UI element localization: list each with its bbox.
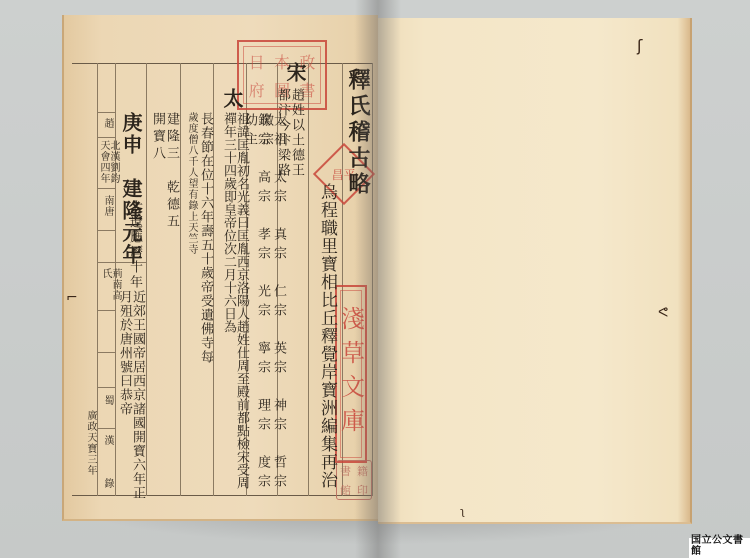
cell-rule: [97, 310, 115, 311]
heading-taizu: 太: [222, 88, 242, 110]
margin-note: 漢: [102, 435, 112, 446]
margin-note: 荊南高氏: [100, 268, 120, 308]
cell-rule: [97, 137, 115, 138]
binding-mark-icon: ʅ: [460, 505, 465, 518]
column-rule: [308, 63, 309, 496]
scan-viewer: 日 本 政 府 圖 書 昌平 淺草文庫 書 籍 館 印 釋氏稽古略 烏程職里寶相…: [0, 0, 750, 558]
seal-char: 館: [340, 482, 351, 498]
text-column: 開寶八: [151, 112, 164, 163]
seal-char: 日: [249, 50, 265, 73]
logo-ja: 国立公文書館: [691, 535, 748, 557]
spine-gutter: [355, 0, 401, 558]
seal-char: 書: [340, 463, 351, 479]
margin-note: 南唐: [102, 195, 112, 217]
cell-rule: [97, 230, 115, 231]
text-column: 祖諱匡胤初名光義曰匡胤西京洛陽人趙姓仕周至殿前都點檢宋受周禪年三十四歲即皇帝位次…: [222, 112, 248, 497]
text-column: 建隆三 乾德五: [165, 112, 178, 231]
cell-rule: [97, 387, 115, 388]
cell-rule: [97, 112, 115, 113]
margin-note: 趙: [102, 118, 112, 129]
margin-note: 蜀: [102, 395, 112, 406]
cell-rule: [97, 428, 115, 429]
margin-note: 北漢劉鈞天會四年: [98, 140, 118, 190]
column-rule: [97, 63, 98, 496]
text-column: 歲度僧八千人望有錄上天竺寺: [186, 112, 196, 392]
binding-mark-icon: ᕙ: [658, 305, 668, 321]
text-column: 大遼應曆十年: [128, 200, 141, 290]
binding-mark-icon: ʃ: [637, 36, 642, 55]
margin-note: 錄: [102, 478, 112, 489]
cell-rule: [97, 352, 115, 353]
column-rule: [213, 63, 214, 496]
margin-note: 廣政天寶三年: [85, 410, 95, 480]
column-rule: [146, 63, 147, 496]
text-column: 長春節在位十六年壽五十歲帝受遺佛寺每: [199, 112, 212, 392]
binding-mark-icon: ⌐: [66, 290, 78, 306]
right-page: [378, 18, 692, 524]
column-rule: [180, 63, 181, 496]
text-column: 趙姓以土德王: [290, 88, 303, 178]
author-line: 烏程職里寶相比丘釋覺岸寶洲編集再治: [318, 183, 335, 503]
heading-song: 宋: [285, 62, 305, 84]
seal-char: 府: [249, 78, 265, 101]
national-archives-logo: 国立公文書館 National Archives of Japan: [689, 538, 750, 558]
text-column: 近郊王國帝居西京諸國開寶六年正月殂於唐州號曰恭帝: [118, 290, 144, 500]
